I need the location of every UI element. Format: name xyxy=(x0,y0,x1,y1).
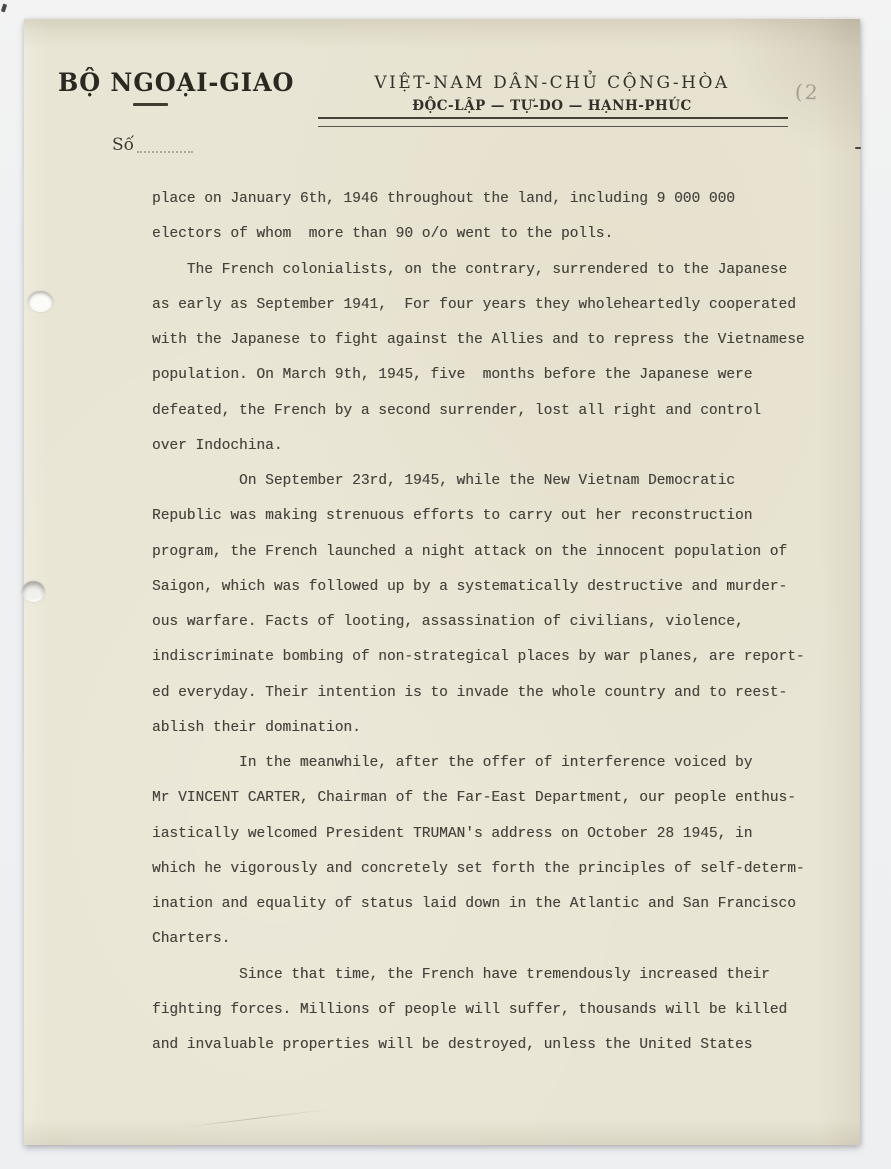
typed-line: ablish their domination. xyxy=(152,711,847,746)
typed-line: population. On March 9th, 1945, five mon… xyxy=(152,358,847,393)
typed-line: electors of whom more than 90 o/o went t… xyxy=(152,217,847,252)
typed-line: On September 23rd, 1945, while the New V… xyxy=(152,464,847,499)
typed-line: ination and equality of status laid down… xyxy=(152,887,847,922)
typed-line: In the meanwhile, after the offer of int… xyxy=(152,746,847,781)
typed-body: place on January 6th, 1946 throughout th… xyxy=(152,182,847,1063)
typed-line: Republic was making strenuous efforts to… xyxy=(152,499,847,534)
typed-line: over Indochina. xyxy=(152,429,847,464)
typed-line: as early as September 1941, For four yea… xyxy=(152,288,847,323)
typed-line: ed everyday. Their intention is to invad… xyxy=(152,676,847,711)
typed-line: defeated, the French by a second surrend… xyxy=(152,394,847,429)
typed-line: with the Japanese to fight against the A… xyxy=(152,323,847,358)
typed-line: place on January 6th, 1946 throughout th… xyxy=(152,182,847,217)
typed-line: Mr VINCENT CARTER, Chairman of the Far-E… xyxy=(152,781,847,816)
typed-line: The French colonialists, on the contrary… xyxy=(152,253,847,288)
national-header: VIỆT-NAM DÂN-CHỦ CỘNG-HÒA ĐỘC-LẬP — TỰ-D… xyxy=(316,72,788,115)
typed-line: Saigon, which was followed up by a syste… xyxy=(152,570,847,605)
scan-edge-speck xyxy=(1,4,7,13)
typed-line: Charters. xyxy=(152,922,847,957)
typed-line: program, the French launched a night att… xyxy=(152,535,847,570)
header-double-rule xyxy=(318,117,788,127)
document-number-dotted-line xyxy=(137,138,193,153)
typed-line: which he vigorously and concretely set f… xyxy=(152,852,847,887)
paper-edge-speck xyxy=(855,147,861,149)
typed-line: indiscriminate bombing of non-strategica… xyxy=(152,640,847,675)
punch-hole-middle xyxy=(22,581,45,602)
ministry-underline-rule xyxy=(133,103,168,106)
typed-line: and invaluable properties will be destro… xyxy=(152,1028,847,1063)
pencil-page-note: (2 xyxy=(794,79,820,104)
typed-line: fighting forces. Millions of people will… xyxy=(152,993,847,1028)
national-title: VIỆT-NAM DÂN-CHỦ CỘNG-HÒA xyxy=(316,72,788,94)
typed-line: iastically welcomed President TRUMAN's a… xyxy=(152,817,847,852)
scanned-document: BỘ NGOẠI-GIAO Số VIỆT-NAM DÂN-CHỦ CỘNG-H… xyxy=(0,0,891,1169)
punch-hole-top xyxy=(28,291,53,312)
typed-line: ous warfare. Facts of looting, assassina… xyxy=(152,605,847,640)
national-motto: ĐỘC-LẬP — TỰ-DO — HẠNH-PHÚC xyxy=(316,97,788,115)
ministry-name: BỘ NGOẠI-GIAO xyxy=(58,69,294,97)
typed-line: Since that time, the French have tremend… xyxy=(152,958,847,993)
document-number-label: Số xyxy=(112,135,134,155)
